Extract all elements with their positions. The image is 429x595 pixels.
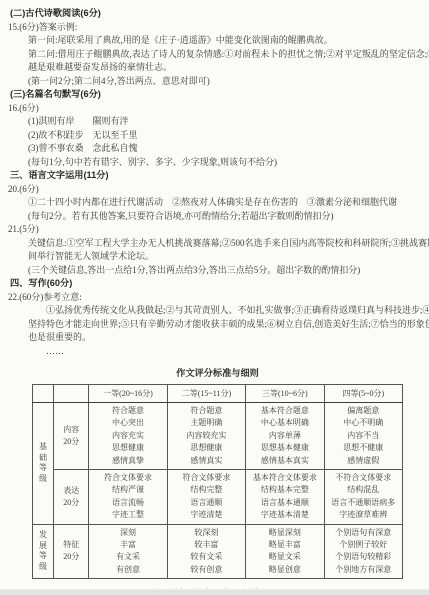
rubric-grade-header: 二等(15~11分) (167, 385, 245, 403)
rubric-header-spacer (54, 385, 89, 403)
answer-text-line: ①弘扬优秀传统文化从我做起;②与其苛责别人、不如扎实做事;③正确看待返璞归真与科… (0, 304, 429, 318)
rubric-cell: 不符合文体要求结构混乱语言不通顺语病多字迹潦草难辨 (324, 470, 402, 525)
row-group-label: 基础等级 (33, 403, 54, 525)
answer-text-line: (2)故不积跬步 无以至千里 (0, 129, 429, 143)
answer-text-line: 第一问:尾联采用了典故,用的是《庄子·逍遥游》中能变化欲图南的鲲鹏典故。 (0, 34, 429, 48)
question-15: 15.(6分)答案示例: (0, 21, 429, 35)
rubric-row: 发展等级特征20分深刻丰富有文采有创意较深刻较丰富较有文采较有创意略显深刻略显丰… (33, 524, 403, 579)
question-16: 16.(6分) (0, 102, 429, 116)
rubric-grade-header: 四等(5~0分) (324, 385, 402, 403)
answer-text-line: (3)曾不事农桑 念此私自愧 (0, 142, 429, 156)
question-21: 21.(5分) (0, 223, 429, 237)
rubric-header-spacer (33, 385, 54, 403)
answer-text-line: 越是艰难越要奋发昂扬的豪情壮志。 (0, 61, 429, 75)
rubric-cell: 深刻丰富有文采有创意 (89, 524, 167, 579)
rubric-cell: 符合题意中心突出内容充实思想健康感情真挚 (89, 403, 167, 470)
answer-text-line: 间举行智能无人领域学术论坛。 (0, 250, 429, 264)
rubric-grade-header: 三等(10~6分) (246, 385, 324, 403)
rubric-cell: 较深刻较丰富较有文采较有创意 (167, 524, 245, 579)
row-label: 表达20分 (54, 470, 89, 525)
rubric-cell: 偏离题意中心不明确内容不当思想不健康感情虚假 (324, 403, 402, 470)
rubric-cell: 基本符合题意中心基本明确内容单薄思想基本健康感情基本真实 (246, 403, 324, 470)
answer-text-line: …… (0, 345, 429, 359)
answer-text-line: 第二问:借用庄子鲲鹏典故,表达了诗人的复杂情感:①对前程未卜的担忧之情;②对平定… (0, 48, 429, 62)
row-group-label: 发展等级 (33, 524, 54, 579)
question-20: 20.(6分) (0, 183, 429, 197)
document-page: (二)古代诗歌阅读(6分)15.(6分)答案示例:第一问:尾联采用了典故,用的是… (0, 0, 429, 595)
rubric-cell: 基本符合文体要求结构基本完整语言基本通顺字迹基本清楚 (246, 470, 324, 525)
rubric-grade-header: 一等(20~16分) (89, 385, 167, 403)
answer-text-line: ①二十四小时内都在进行代谢活动 ②熬夜对人体确实是存在伤害的 ③激素分泌和细胞代… (0, 196, 429, 210)
rubric-cell: 符合文体要求结构完整语言通顺字迹清楚 (167, 470, 245, 525)
answer-text-line: 关键信息:①空军工程大学主办无人机挑战赛落幕;②500名选手来自国内高等院校和科… (0, 237, 429, 251)
row-label: 特征20分 (54, 524, 89, 579)
answer-text-line: 也是很重要的。 (0, 331, 429, 345)
rubric-cell: 符合文体要求结构严谨语言流畅字迹工整 (89, 470, 167, 525)
rubric-row: 表达20分符合文体要求结构严谨语言流畅字迹工整符合文体要求结构完整语言通顺字迹清… (33, 470, 403, 525)
answer-text-line: (每句2分。若有其他答案,只要符合语境,亦可酌情给分;若超出字数则酌情扣分) (0, 210, 429, 224)
rubric-table: 一等(20~16分)二等(15~11分)三等(10~6分)四等(5~0分)基础等… (32, 384, 403, 579)
section-heading-dictation: (三)名篇名句默写(6分) (0, 88, 429, 102)
answer-lines: (二)古代诗歌阅读(6分)15.(6分)答案示例:第一问:尾联采用了典故,用的是… (0, 7, 429, 358)
rubric-cell: 略显深刻略显丰富略显文采略显创意 (246, 524, 324, 579)
row-label: 内容20分 (54, 403, 89, 470)
answer-text-line: (1)淇则有岸 隰则有泮 (0, 115, 429, 129)
rubric-cell: 个别语句有深意个别例子较好个别语句较精彩个别地方有深意 (324, 524, 402, 579)
rubric-table-title: 作文评分标准与细则 (32, 365, 403, 379)
rubric-cell: 符合题意主题明确内容较充实思想健康感情真实 (167, 403, 245, 470)
answer-text-line: (每句1分,句中若有错字、别字、多字、少字现象,则该句不给分) (0, 156, 429, 170)
rubric-row: 基础等级内容20分符合题意中心突出内容充实思想健康感情真挚符合题意主题明确内容较… (33, 403, 403, 470)
question-22: 22.(60分)参考立意: (0, 291, 429, 305)
section-heading-writing: 四、写作(60分) (0, 277, 429, 291)
section-heading-language-use: 三、语言文字运用(11分) (0, 169, 429, 183)
answer-text-line: 坚持特色才能走向世界;⑤只有辛勤劳动才能收获丰硕的成果;⑥树立自信,创造美好生活… (0, 318, 429, 332)
section-heading-ancient-poetry: (二)古代诗歌阅读(6分) (0, 7, 429, 21)
answer-text-line: (三个关键信息,答出一点给1分,答出两点给3分,答出三点给5分。超出字数的酌情扣… (0, 264, 429, 278)
scan-edge (0, 589, 429, 595)
answer-text-line: (第一问2分;第二问4分,答出两点、意思对即可) (0, 75, 429, 89)
rubric-header-row: 一等(20~16分)二等(15~11分)三等(10~6分)四等(5~0分) (33, 385, 403, 403)
